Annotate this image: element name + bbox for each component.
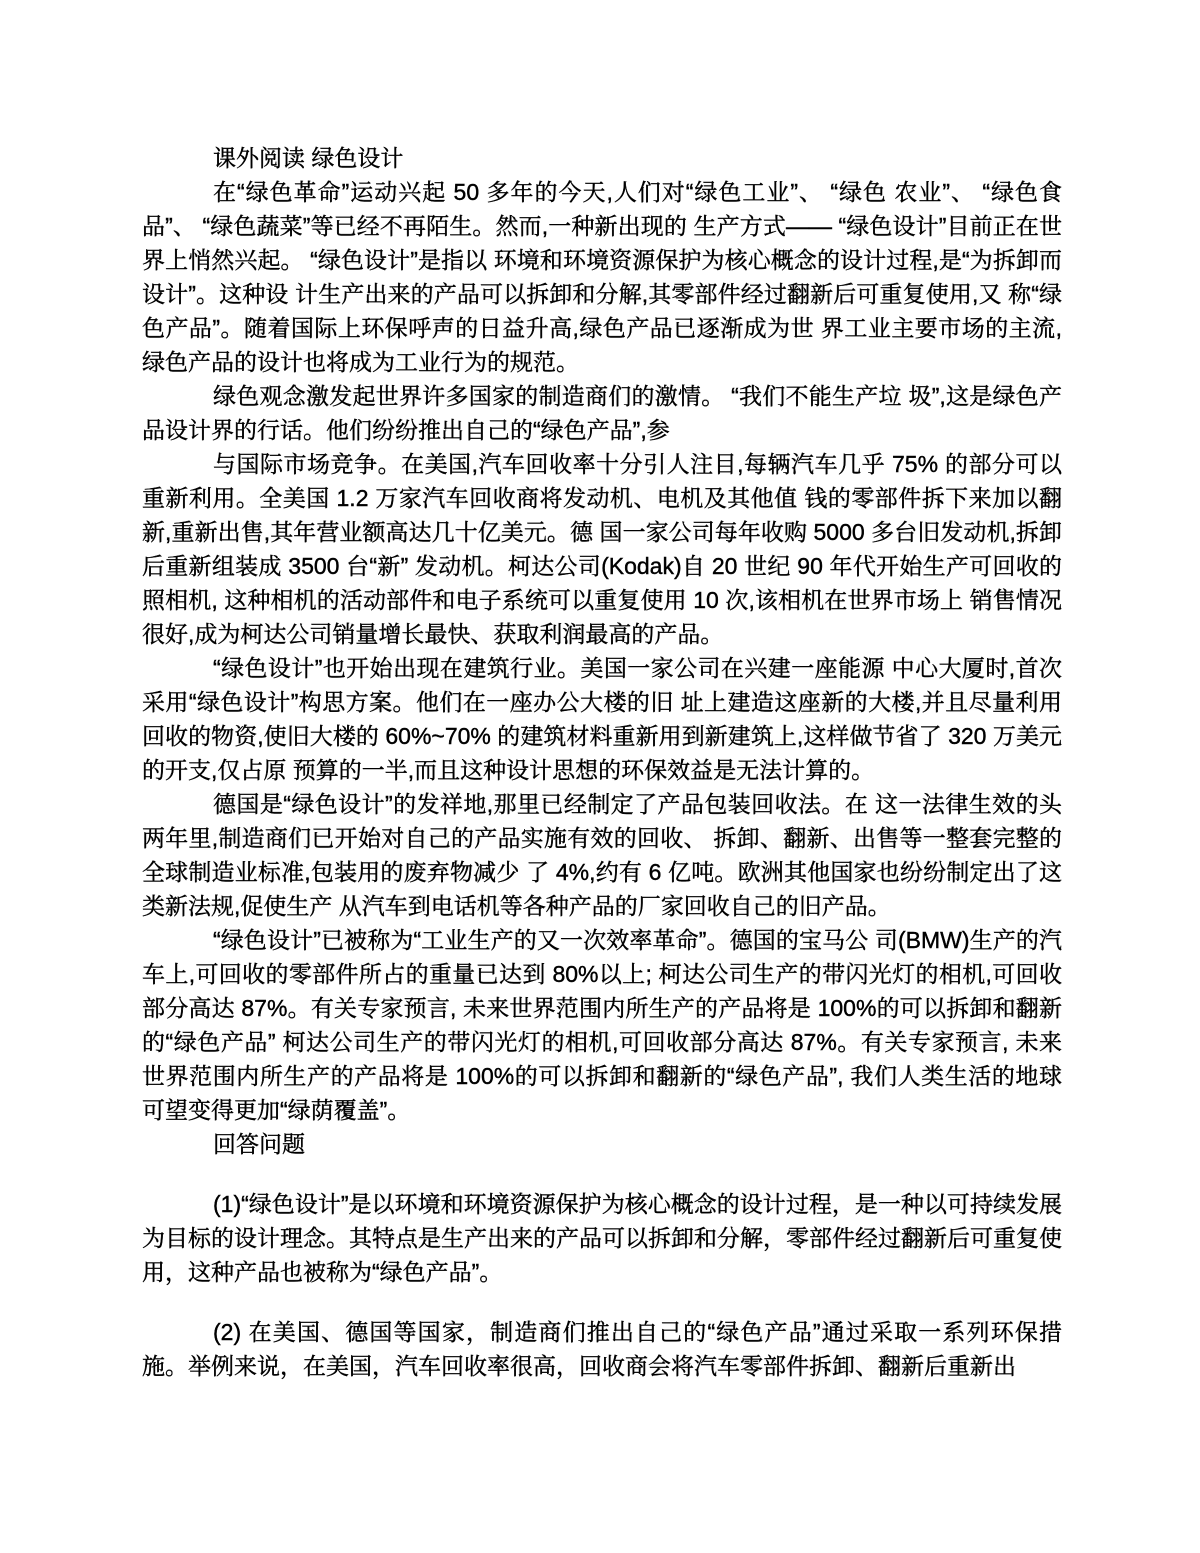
document-content: 课外阅读 绿色设计 在“绿色革命”运动兴起 50 多年的今天,人们对“绿色工业”… (142, 141, 1062, 1383)
paragraph-germany-recycling-law: 德国是“绿色设计”的发祥地,那里已经制定了产品包装回收法。在 这一法律生效的头两… (142, 787, 1062, 923)
paragraph-manufacturers-passion: 绿色观念激发起世界许多国家的制造商们的激情。 “我们不能生产垃 圾”,这是绿色产… (142, 379, 1062, 447)
paragraph-construction-industry: “绿色设计”也开始出现在建筑行业。美国一家公司在兴建一座能源 中心大厦时,首次采… (142, 651, 1062, 787)
document-page: 课外阅读 绿色设计 在“绿色革命”运动兴起 50 多年的今天,人们对“绿色工业”… (0, 0, 1200, 1553)
paragraph-efficiency-revolution: “绿色设计”已被称为“工业生产的又一次效率革命”。德国的宝马公 司(BMW)生产… (142, 923, 1062, 1127)
answers-section-header: 回答问题 (142, 1127, 1062, 1161)
answer-paragraph-1: (1)“绿色设计”是以环境和环境资源保护为核心概念的设计过程，是一种以可持续发展… (142, 1187, 1062, 1289)
answer-paragraph-2: (2) 在美国、德国等国家，制造商们推出自己的“绿色产品”通过采取一系列环保措施… (142, 1315, 1062, 1383)
paragraph-green-design-intro: 在“绿色革命”运动兴起 50 多年的今天,人们对“绿色工业”、 “绿色 农业”、… (142, 175, 1062, 379)
paragraph-usa-car-recycling: 与国际市场竞争。在美国,汽车回收率十分引人注目,每辆汽车几乎 75% 的部分可以… (142, 447, 1062, 651)
document-title: 课外阅读 绿色设计 (142, 141, 1062, 175)
